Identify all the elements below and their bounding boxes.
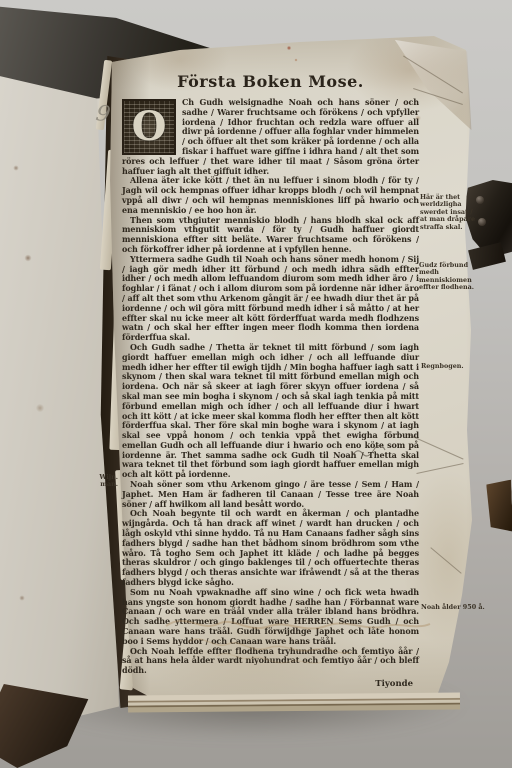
page-block-edge <box>128 693 460 713</box>
margin-note-left: Wijn. man. <box>84 474 118 489</box>
bible-paragraph: Och Noah begynte til och wardt en åkerma… <box>122 509 419 587</box>
bible-paragraph: Then som vthgiuter menniskio blodh / han… <box>122 216 419 255</box>
bible-paragraph: Yttermera sadhe Gudh til Noah och hans s… <box>122 255 419 343</box>
printed-text-block: Första Boken Mose. OCh Gudh welsignadhe … <box>122 72 419 632</box>
handwritten-inscription <box>148 608 438 670</box>
margin-note-covenant: Gudz förbund medh menniskiomen effter fl… <box>419 262 479 292</box>
catchword: Tiyonde <box>122 679 419 689</box>
margin-note-rainbow: Regnbogen. <box>421 363 476 370</box>
bible-paragraph: Allena äter icke kött / thet än nu leffu… <box>122 176 419 215</box>
woodcut-initial-letter: O <box>132 107 167 147</box>
margin-note-sword: Här är thet werldzligha swerdet insat / … <box>420 194 478 231</box>
clasp-rivet <box>478 218 486 226</box>
bible-paragraph: Noah söner som vthu Arkenom gingo / äre … <box>122 480 419 509</box>
page-title: Första Boken Mose. <box>122 72 419 91</box>
photo-scene: Första Boken Mose. OCh Gudh welsignadhe … <box>0 0 512 768</box>
bible-paragraph: OCh Gudh welsignadhe Noah och hans söner… <box>122 98 419 176</box>
ink-mark <box>348 442 388 464</box>
woodcut-initial: O <box>122 99 176 155</box>
metal-clasp-lower <box>486 480 512 533</box>
